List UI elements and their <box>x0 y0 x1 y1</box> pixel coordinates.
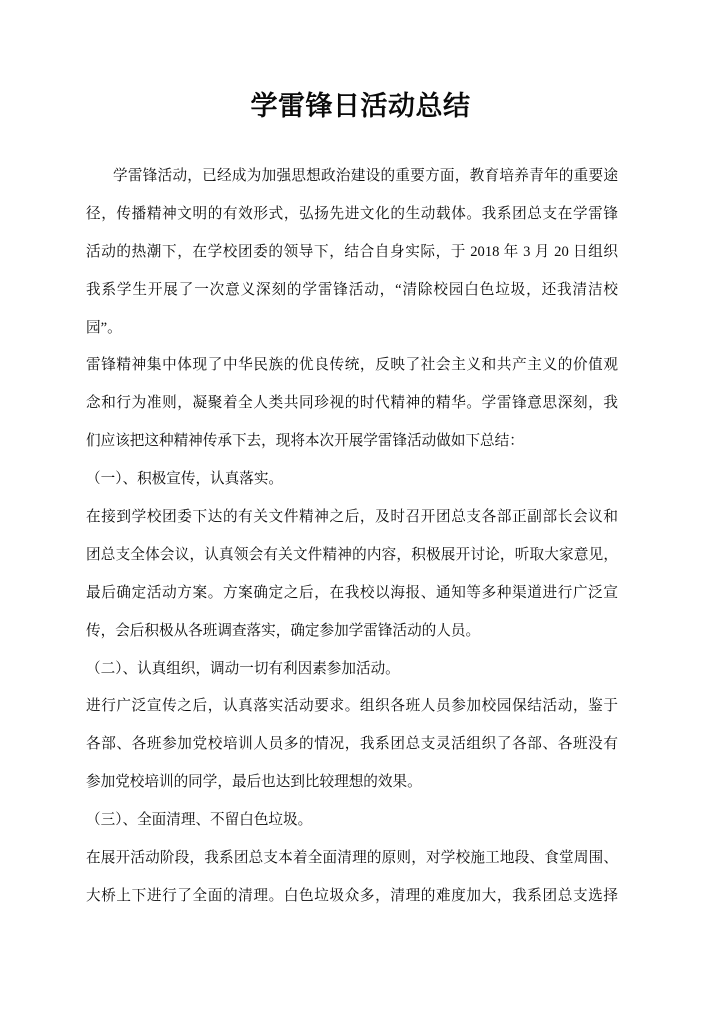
text-line: 学雷锋活动，已经成为加强思想政治建设的重要方面，教育培养青年的重要途 <box>86 158 618 196</box>
text-line: 进行广泛宣传之后，认真落实活动要求。组织各班人员参加校园保结活动，鉴于 <box>86 688 618 726</box>
text-line: 传，会后积极从各班调查落实，确定参加学雷锋活动的人员。 <box>86 613 618 651</box>
text-line: 我系学生开展了一次意义深刻的学雷锋活动，“清除校园白色垃圾，还我清洁校 <box>86 272 618 310</box>
document-page: 学雷锋日活动总结 学雷锋活动，已经成为加强思想政治建设的重要方面，教育培养青年的… <box>0 0 721 1020</box>
text-line: 团总支全体会议，认真领会有关文件精神的内容，积极展开讨论，听取大家意见， <box>86 537 618 575</box>
document-body: 学雷锋活动，已经成为加强思想政治建设的重要方面，教育培养青年的重要途 径，传播精… <box>86 158 618 916</box>
text-line: 参加党校培训的同学，最后也达到比较理想的效果。 <box>86 764 618 802</box>
text-line: 雷锋精神集中体现了中华民族的优良传统，反映了社会主义和共产主义的价值观 <box>86 347 618 385</box>
text-line: 各部、各班参加党校培训人员多的情况，我系团总支灵活组织了各部、各班没有 <box>86 726 618 764</box>
text-line: 大桥上下进行了全面的清理。白色垃圾众多，清理的难度加大，我系团总支选择 <box>86 878 618 916</box>
text-line: 在接到学校团委下达的有关文件精神之后，及时召开团总支各部正副部长会议和 <box>86 499 618 537</box>
text-line: 们应该把这种精神传承下去，现将本次开展学雷锋活动做如下总结： <box>86 423 618 461</box>
section-heading-line: （一）、积极宣传，认真落实。 <box>86 461 618 499</box>
text-line: 最后确定活动方案。方案确定之后，在我校以海报、通知等多种渠道进行广泛宣 <box>86 575 618 613</box>
section-heading-line: （二）、认真组织，调动一切有利因素参加活动。 <box>86 651 618 689</box>
section-heading-line: （三）、全面清理、不留白色垃圾。 <box>86 802 618 840</box>
text-line: 园”。 <box>86 310 618 348</box>
text-line: 在展开活动阶段，我系团总支本着全面清理的原则，对学校施工地段、食堂周围、 <box>86 840 618 878</box>
text-line: 念和行为准则，凝聚着全人类共同珍视的时代精神的精华。学雷锋意思深刻，我 <box>86 385 618 423</box>
text-line: 活动的热潮下，在学校团委的领导下，结合自身实际，于 2018 年 3 月 20 … <box>86 234 618 272</box>
text-line: 径，传播精神文明的有效形式，弘扬先进文化的生动载体。我系团总支在学雷锋 <box>86 196 618 234</box>
document-title: 学雷锋日活动总结 <box>0 84 721 123</box>
